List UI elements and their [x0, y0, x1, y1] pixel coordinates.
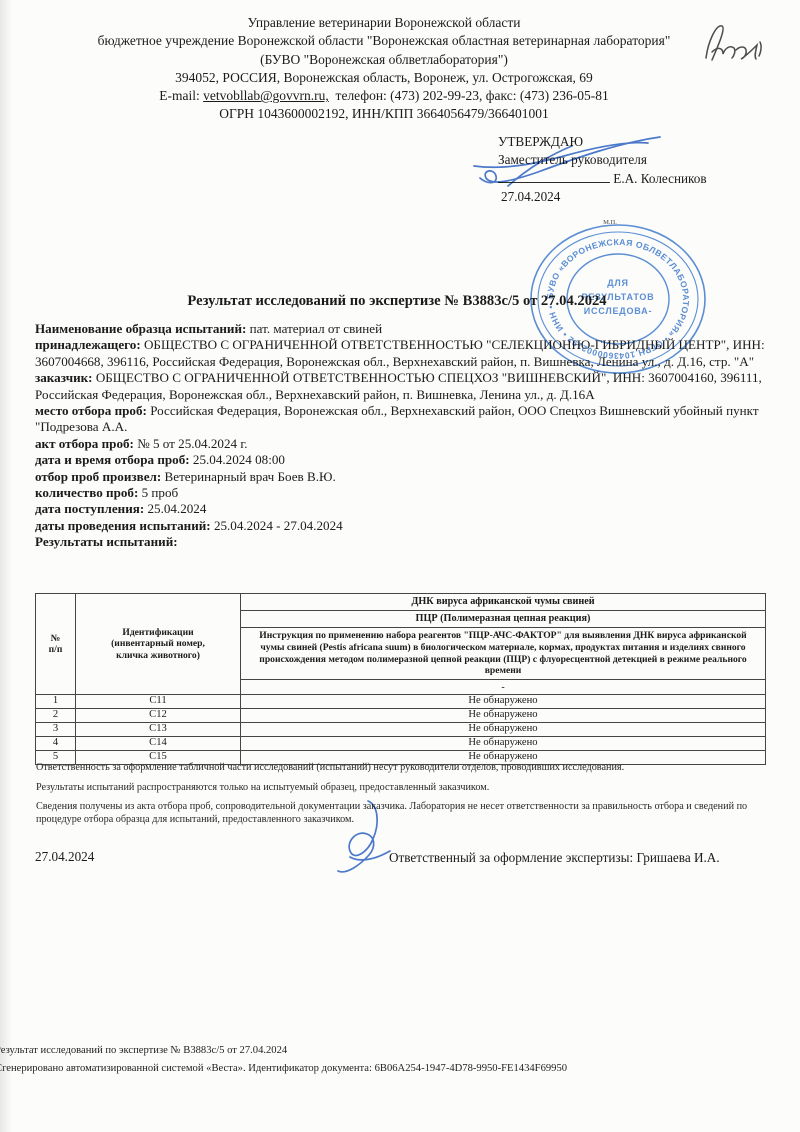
info-label: дата и время отбора проб:: [35, 452, 190, 467]
info-label: заказчик:: [35, 370, 93, 385]
disclaimer-notes: Ответственность за оформление табличной …: [36, 762, 774, 833]
mp-mark: М.П.: [603, 219, 617, 226]
info-row-owner: принадлежащего: ОБЩЕСТВО С ОГРАНИЧЕННОЙ …: [35, 337, 766, 370]
approval-date: 27.04.2024: [501, 188, 707, 206]
results-table: № п/п Идентификации (инвентарный номер, …: [35, 593, 766, 765]
row-number: 3: [36, 723, 76, 737]
document-page: Управление ветеринарии Воронежской облас…: [0, 0, 800, 1132]
sample-id: С12: [76, 709, 241, 723]
column-header-analyte: ДНК вируса африканской чумы свиней: [241, 594, 766, 611]
info-value: 5 проб: [142, 485, 179, 500]
footer-expertise-line: Результат исследований по экспертизе № В…: [0, 1042, 567, 1060]
column-header-instruction: Инструкция по применению набора реагенто…: [241, 628, 766, 680]
info-label: место отбора проб:: [35, 403, 147, 418]
info-value: Ветеринарный врач Боев В.Ю.: [165, 469, 336, 484]
executor-signature-stroke: [332, 797, 398, 881]
table-row: 4 С14 Не обнаружено: [36, 737, 766, 751]
info-label: дата поступления:: [35, 501, 144, 516]
info-row-receipt-date: дата поступления: 25.04.2024: [35, 501, 766, 517]
stamp-purpose-line1: ДЛЯ: [607, 278, 629, 288]
column-header-dash: -: [241, 680, 766, 695]
info-value: ОБЩЕСТВО С ОГРАНИЧЕННОЙ ОТВЕТСТВЕННОСТЬЮ…: [35, 337, 765, 368]
lab-abbrev: (БУВО "Воронежская облветлаборатория"): [14, 51, 754, 69]
sample-id: С13: [76, 723, 241, 737]
info-row-sample-count: количество проб: 5 проб: [35, 485, 766, 501]
info-label: Результаты испытаний:: [35, 534, 178, 549]
info-label: даты проведения испытаний:: [35, 518, 211, 533]
document-title: Результат исследований по экспертизе № В…: [0, 293, 794, 310]
info-value: № 5 от 25.04.2024 г.: [137, 436, 247, 451]
result-value: Не обнаружено: [241, 723, 766, 737]
lab-registration: ОГРН 1043600002192, ИНН/КПП 3664056479/3…: [14, 105, 754, 123]
result-value: Не обнаружено: [241, 737, 766, 751]
info-label: акт отбора проб:: [35, 436, 134, 451]
info-label: Наименование образца испытаний:: [35, 321, 246, 336]
info-row-customer: заказчик: ОБЩЕСТВО С ОГРАНИЧЕННОЙ ОТВЕТС…: [35, 370, 766, 403]
info-label: принадлежащего:: [35, 337, 141, 352]
row-number: 1: [36, 695, 76, 709]
sample-id: С11: [76, 695, 241, 709]
info-row-test-dates: даты проведения испытаний: 25.04.2024 - …: [35, 518, 766, 534]
table-row: 1 С11 Не обнаружено: [36, 695, 766, 709]
lab-header: Управление ветеринарии Воронежской облас…: [14, 14, 754, 124]
lab-authority: Управление ветеринарии Воронежской облас…: [14, 14, 754, 32]
info-row-results-heading: Результаты испытаний:: [35, 534, 766, 550]
email-label: E-mail:: [159, 88, 200, 103]
sample-id: С14: [76, 737, 241, 751]
info-row-sampling-place: место отбора проб: Российская Федерация,…: [35, 403, 766, 436]
info-value: пат. материал от свиней: [250, 321, 382, 336]
info-value: ОБЩЕСТВО С ОГРАНИЧЕННОЙ ОТВЕТСТВЕННОСТЬЮ…: [35, 370, 762, 401]
footer-generated-line: Сгенерировано автоматизированной системо…: [0, 1060, 567, 1078]
info-label: количество проб:: [35, 485, 138, 500]
note-responsibility: Ответственность за оформление табличной …: [36, 762, 774, 775]
scan-edge-artifact: [0, 0, 12, 1132]
column-header-identification: Идентификации (инвентарный номер, кличка…: [76, 594, 241, 695]
executor-label: Ответственный за оформление экспертизы: …: [389, 850, 720, 866]
note-sampling-info: Сведения получены из акта отбора проб, с…: [36, 801, 774, 826]
info-row-sampler: отбор проб произвел: Ветеринарный врач Б…: [35, 469, 766, 485]
info-value: 25.04.2024 08:00: [193, 452, 285, 467]
column-header-method: ПЦР (Полимеразная цепная реакция): [241, 611, 766, 628]
info-row-sample-name: Наименование образца испытаний: пат. мат…: [35, 321, 766, 337]
lab-address: 394052, РОССИЯ, Воронежская область, Вор…: [14, 69, 754, 87]
lab-contacts: E-mail: vetvobllab@govvrn.ru, телефон: (…: [14, 87, 754, 105]
lab-institution: бюджетное учреждение Воронежской области…: [14, 32, 754, 50]
info-value: 25.04.2024 - 27.04.2024: [214, 518, 343, 533]
row-number: 4: [36, 737, 76, 751]
info-row-sampling-datetime: дата и время отбора проб: 25.04.2024 08:…: [35, 452, 766, 468]
phone-fax: телефон: (473) 202-99-23, факс: (473) 23…: [336, 88, 609, 103]
result-value: Не обнаружено: [241, 695, 766, 709]
row-number: 2: [36, 709, 76, 723]
info-label: отбор проб произвел:: [35, 469, 161, 484]
handwritten-mark: [690, 14, 782, 70]
result-value: Не обнаружено: [241, 709, 766, 723]
signoff-date: 27.04.2024: [35, 849, 94, 865]
email-link[interactable]: vetvobllab@govvrn.ru,: [203, 88, 329, 103]
info-value: 25.04.2024: [147, 501, 206, 516]
info-row-sampling-act: акт отбора проб: № 5 от 25.04.2024 г.: [35, 436, 766, 452]
approver-signature-stroke: [468, 128, 668, 190]
sample-info: Наименование образца испытаний: пат. мат…: [35, 321, 766, 551]
table-row: 2 С12 Не обнаружено: [36, 709, 766, 723]
column-header-number: № п/п: [36, 594, 76, 695]
page-footer: Результат исследований по экспертизе № В…: [0, 1042, 567, 1077]
note-scope: Результаты испытаний распространяются то…: [36, 782, 774, 795]
table-row: 3 С13 Не обнаружено: [36, 723, 766, 737]
